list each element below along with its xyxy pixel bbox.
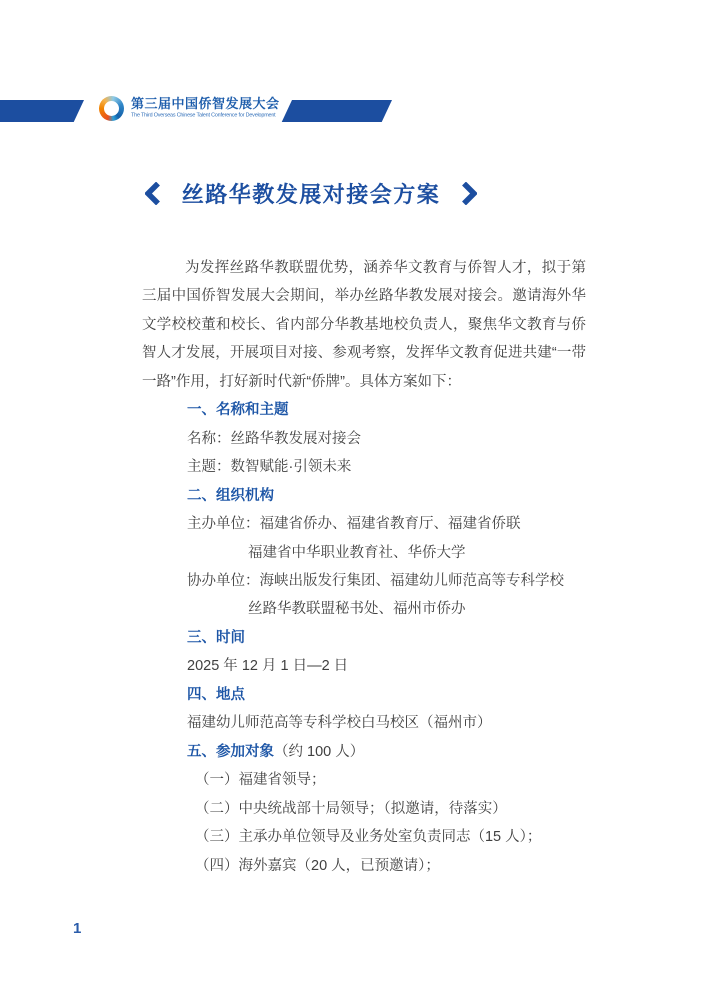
conference-logo-subtitle: The Third Overseas Chinese Talent Confer… — [131, 112, 275, 119]
section-heading-5: 五、参加对象（约 100 人） — [187, 738, 586, 766]
header-right-bar — [282, 100, 392, 122]
section-line: 名称：丝路华教发展对接会 — [187, 425, 586, 453]
section-line-continued: 丝路华教联盟秘书处、福州市侨办 — [248, 595, 586, 623]
section-line: 协办单位：海峡出版发行集团、福建幼儿师范高等专科学校 — [187, 567, 586, 595]
document-body: 为发挥丝路华教联盟优势，涵养华文教育与侨智人才，拟于第三届中国侨智发展大会期间，… — [142, 254, 586, 880]
document-title: 丝路华教发展对接会方案 — [0, 178, 622, 209]
conference-logo: 第三届中国侨智发展大会 The Third Overseas Chinese T… — [99, 96, 292, 121]
section-heading-1: 一、名称和主题 — [187, 396, 586, 424]
list-item: （一）福建省领导； — [195, 766, 586, 794]
list-item: （二）中央统战部十局领导；（拟邀请，待落实） — [195, 795, 586, 823]
list-item: （四）海外嘉宾（20 人，已预邀请）； — [195, 852, 586, 880]
section-heading-4: 四、地点 — [187, 681, 586, 709]
section-heading-5-text: 五、参加对象 — [187, 744, 274, 760]
section-line: 主题：数智赋能·引领未来 — [187, 453, 586, 481]
right-chevron-icon — [462, 182, 477, 205]
conference-logo-ring-icon — [99, 96, 124, 121]
section-line-continued: 福建省中华职业教育社、华侨大学 — [248, 539, 586, 567]
section-heading-3: 三、时间 — [187, 624, 586, 652]
conference-logo-text: 第三届中国侨智发展大会 The Third Overseas Chinese T… — [131, 96, 292, 120]
document-title-text: 丝路华教发展对接会方案 — [182, 182, 441, 207]
page-number: 1 — [73, 920, 81, 937]
section-line: 2025 年 12 月 1 日—2 日 — [187, 652, 586, 680]
list-item: （三）主承办单位领导及业务处室负责同志（15 人）； — [195, 823, 586, 851]
header-left-bar — [0, 100, 84, 122]
section-line: 福建幼儿师范高等专科学校白马校区（福州市） — [187, 709, 586, 737]
section-line: 主办单位：福建省侨办、福建省教育厅、福建省侨联 — [187, 510, 586, 538]
section-heading-2: 二、组织机构 — [187, 482, 586, 510]
document-page: 第三届中国侨智发展大会 The Third Overseas Chinese T… — [0, 0, 712, 999]
intro-paragraph: 为发挥丝路华教联盟优势，涵养华文教育与侨智人才，拟于第三届中国侨智发展大会期间，… — [142, 254, 586, 396]
section-heading-5-suffix: （约 100 人） — [274, 744, 364, 760]
left-chevron-icon — [145, 182, 160, 205]
conference-logo-title: 第三届中国侨智发展大会 — [131, 96, 292, 112]
